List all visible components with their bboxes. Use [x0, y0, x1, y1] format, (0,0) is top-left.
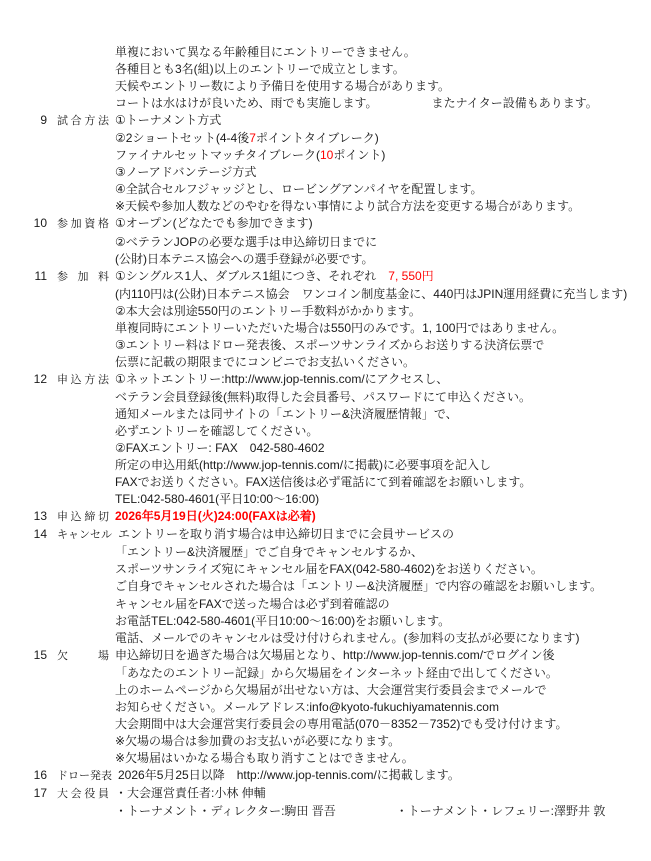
document-line: ご自身でキャンセルされた場合は「エントリー&決済履歴」で内容の確認をお願いします… — [0, 578, 651, 595]
document-line: 単複において異なる年齢種目にエントリーできません。 — [0, 44, 651, 61]
text-segment: キャンセル届をFAXで送った場合は必ず到着確認の — [115, 597, 390, 611]
item-label: 参加料 — [57, 269, 109, 286]
document-line: ④全試合セルフジャッジとし、ロービングアンパイヤを配置します。 — [0, 181, 651, 198]
line-text: ①オープン(どなたでも参加できます) — [115, 215, 313, 232]
document-line: ③ノーアドバンテージ方式 — [0, 164, 651, 181]
text-segment: ②本大会は別途550円のエントリー手数料がかかります。 — [115, 304, 421, 318]
line-text: 2026年5月25日以降 http://www.jop-tennis.com/に… — [118, 767, 460, 784]
line-text: 必ずエントリーを確認してください。 — [115, 423, 318, 440]
text-segment: ②2ショートセット(4-4後 — [115, 131, 249, 145]
document-line: ・トーナメント・ディレクター:駒田 晋吾 ・トーナメント・レフェリー:澤野井 敦 — [0, 803, 651, 820]
item-label: 参加資格 — [57, 216, 109, 233]
text-segment: ポイントタイブレーク) — [256, 131, 379, 145]
text-segment: ポイント) — [333, 148, 385, 162]
text-segment: 単複同時にエントリーいただいた場合は550円のみです。1, 100円ではありませ… — [115, 321, 564, 335]
line-text: 2026年5月19日(火)24:00(FAXは必着) — [115, 508, 316, 525]
line-text: ベテラン会員登録後(無料)取得した会員番号、パスワードにて申込ください。 — [115, 389, 531, 406]
document-line: (内110円は(公財)日本テニス協会 ワンコイン制度基金に、440円はJPIN運… — [0, 286, 651, 303]
line-text: ・トーナメント・ディレクター:駒田 晋吾 ・トーナメント・レフェリー:澤野井 敦 — [115, 803, 605, 820]
text-segment: ④全試合セルフジャッジとし、ロービングアンパイヤを配置します。 — [115, 182, 483, 196]
text-segment: 天候やエントリー数により予備日を使用する場合があります。 — [115, 79, 450, 93]
item-number: 12 — [25, 371, 47, 388]
text-segment: 大会期間中は大会運営実行委員会の専用電話(070－8352－7352)でも受け付… — [115, 717, 567, 731]
document-line: ②2ショートセット(4-4後7ポイントタイブレーク) — [0, 130, 651, 147]
line-text: ③ノーアドバンテージ方式 — [115, 164, 256, 181]
line-text: 伝票に記載の期限までにコンビニでお支払いください。 — [115, 354, 415, 371]
document-line: 15 欠場 申込締切日を過ぎた場合は欠場届となり、http://www.jop-… — [0, 647, 651, 665]
line-text: ※天候や参加人数などのやむを得ない事情により試合方法を変更する場合があります。 — [115, 198, 580, 215]
document-line: スポーツサンライズ宛にキャンセル届をFAX(042-580-4602)をお送りく… — [0, 561, 651, 578]
item-label: キャンセル — [57, 527, 112, 544]
item-label: 試合方法 — [57, 113, 109, 130]
text-segment: コートは水はけが良いため、雨でも実施します。 またナイター設備もあります。 — [115, 96, 598, 110]
text-segment: ・トーナメント・ディレクター:駒田 晋吾 ・トーナメント・レフェリー:澤野井 敦 — [115, 804, 605, 818]
text-segment: 「エントリー&決済履歴」でご自身でキャンセルするか、 — [115, 545, 423, 559]
document-line: 12 申込方法 ①ネットエントリー:http://www.jop-tennis.… — [0, 371, 651, 389]
highlighted-text: 2026年5月19日(火)24:00(FAXは必着) — [115, 509, 316, 523]
document-line: 通知メールまたは同サイトの「エントリー&決済履歴情報」で、 — [0, 406, 651, 423]
document-line: 電話、メールでのキャンセルは受け付けられません。(参加料の支払が必要になります) — [0, 630, 651, 647]
item-label: 申込方法 — [57, 372, 109, 389]
highlighted-text: 10 — [320, 148, 333, 162]
line-text: ②本大会は別途550円のエントリー手数料がかかります。 — [115, 303, 421, 320]
line-text: キャンセル届をFAXで送った場合は必ず到着確認の — [115, 596, 390, 613]
item-label: 申込締切 — [57, 509, 109, 526]
line-text: 電話、メールでのキャンセルは受け付けられません。(参加料の支払が必要になります) — [115, 630, 579, 647]
highlighted-text: 7 — [249, 131, 256, 145]
document-line: 大会期間中は大会運営実行委員会の専用電話(070－8352－7352)でも受け付… — [0, 716, 651, 733]
document-line: 「あなたのエントリー記録」から欠場届をインターネット経由で出してください。 — [0, 665, 651, 682]
text-segment: ③ノーアドバンテージ方式 — [115, 165, 256, 179]
line-text: お電話TEL:042-580-4601(平日10:00～16:00)をお願いしま… — [115, 613, 450, 630]
document-line: 11 参加料 ①シングルス1人、ダブルス1組につき、それぞれ 7, 550円 — [0, 268, 651, 286]
item-number: 17 — [25, 785, 47, 802]
text-segment: ・大会運営責任者:小林 伸輔 — [115, 786, 266, 800]
item-number: 10 — [25, 215, 47, 232]
line-text: FAXでお送りください。FAX送信後は必ず電話にて到着確認をお願いします。 — [115, 474, 531, 491]
document-line: ②FAXエントリー: FAX 042-580-4602 — [0, 440, 651, 457]
document-line: お電話TEL:042-580-4601(平日10:00～16:00)をお願いしま… — [0, 613, 651, 630]
text-segment: お電話TEL:042-580-4601(平日10:00～16:00)をお願いしま… — [115, 614, 450, 628]
line-text: ①ネットエントリー:http://www.jop-tennis.com/にアクセ… — [115, 371, 448, 388]
line-text: 単複において異なる年齢種目にエントリーできません。 — [115, 44, 416, 61]
text-segment: 通知メールまたは同サイトの「エントリー&決済履歴情報」で、 — [115, 407, 458, 421]
text-segment: ご自身でキャンセルされた場合は「エントリー&決済履歴」で内容の確認をお願いします… — [115, 579, 602, 593]
document-line: 天候やエントリー数により予備日を使用する場合があります。 — [0, 78, 651, 95]
item-number: 15 — [25, 647, 47, 664]
highlighted-text: 7, 550円 — [388, 269, 433, 283]
text-segment: ファイナルセットマッチタイブレーク( — [115, 148, 320, 162]
item-number: 9 — [25, 112, 47, 129]
text-segment: (公財)日本テニス協会への選手登録が必要です。 — [115, 252, 374, 266]
document-line: 上のホームページから欠場届が出せない方は、大会運営実行委員会までメールで — [0, 682, 651, 699]
document-line: 16 ドロー発表 2026年5月25日以降 http://www.jop-ten… — [0, 767, 651, 785]
document-line: 17 大会役員 ・大会運営責任者:小林 伸輔 — [0, 785, 651, 803]
line-text: 「あなたのエントリー記録」から欠場届をインターネット経由で出してください。 — [115, 665, 558, 682]
text-segment: エントリーを取り消す場合は申込締切日までに会員サービスの — [118, 527, 454, 541]
line-text: お知らせください。メールアドレス:info@kyoto-fukuchiyamat… — [115, 699, 499, 716]
text-segment: ①ネットエントリー:http://www.jop-tennis.com/にアクセ… — [115, 372, 448, 386]
line-text: ①シングルス1人、ダブルス1組につき、それぞれ 7, 550円 — [115, 268, 434, 285]
text-segment: ③エントリー料はドロー発表後、スポーツサンライズからお送りする決済伝票で — [115, 338, 544, 352]
line-text: ※欠場届はいかなる場合も取り消すことはできません。 — [115, 750, 414, 767]
line-text: ご自身でキャンセルされた場合は「エントリー&決済履歴」で内容の確認をお願いします… — [115, 578, 602, 595]
document-line: キャンセル届をFAXで送った場合は必ず到着確認の — [0, 596, 651, 613]
document-line: FAXでお送りください。FAX送信後は必ず電話にて到着確認をお願いします。 — [0, 474, 651, 491]
line-text: コートは水はけが良いため、雨でも実施します。 またナイター設備もあります。 — [115, 95, 598, 112]
document-line: ベテラン会員登録後(無料)取得した会員番号、パスワードにて申込ください。 — [0, 389, 651, 406]
text-segment: FAXでお送りください。FAX送信後は必ず電話にて到着確認をお願いします。 — [115, 475, 531, 489]
document-line: 伝票に記載の期限までにコンビニでお支払いください。 — [0, 354, 651, 371]
line-text: 上のホームページから欠場届が出せない方は、大会運営実行委員会までメールで — [115, 682, 547, 699]
line-text: 「エントリー&決済履歴」でご自身でキャンセルするか、 — [115, 544, 423, 561]
document-line: 所定の申込用紙(http://www.jop-tennis.com/に掲載)に必… — [0, 457, 651, 474]
line-text: TEL:042-580-4601(平日10:00～16:00) — [115, 491, 319, 508]
document-line: 単複同時にエントリーいただいた場合は550円のみです。1, 100円ではありませ… — [0, 320, 651, 337]
item-label: ドロー発表 — [57, 768, 112, 785]
document-line: 「エントリー&決済履歴」でご自身でキャンセルするか、 — [0, 544, 651, 561]
line-text: ②ベテランJOPの必要な選手は申込締切日までに — [115, 234, 377, 251]
document-line: 13 申込締切 2026年5月19日(火)24:00(FAXは必着) — [0, 508, 651, 526]
document-line: ③エントリー料はドロー発表後、スポーツサンライズからお送りする決済伝票で — [0, 337, 651, 354]
line-text: 天候やエントリー数により予備日を使用する場合があります。 — [115, 78, 450, 95]
document-line: 10 参加資格 ①オープン(どなたでも参加できます) — [0, 215, 651, 233]
item-number: 11 — [25, 268, 47, 285]
line-text: ①トーナメント方式 — [115, 112, 221, 129]
text-segment: 「あなたのエントリー記録」から欠場届をインターネット経由で出してください。 — [115, 666, 558, 680]
text-segment: ※欠場の場合は参加費のお支払いが必要になります。 — [115, 734, 400, 748]
document-body: 単複において異なる年齢種目にエントリーできません。 各種目とも3名(組)以上のエ… — [0, 44, 651, 820]
line-text: ・大会運営責任者:小林 伸輔 — [115, 785, 266, 802]
text-segment: TEL:042-580-4601(平日10:00～16:00) — [115, 492, 319, 506]
document-line: 必ずエントリーを確認してください。 — [0, 423, 651, 440]
document-line: ファイナルセットマッチタイブレーク(10ポイント) — [0, 147, 651, 164]
text-segment: 各種目とも3名(組)以上のエントリーで成立とします。 — [115, 62, 405, 76]
line-text: エントリーを取り消す場合は申込締切日までに会員サービスの — [118, 526, 454, 543]
line-text: 各種目とも3名(組)以上のエントリーで成立とします。 — [115, 61, 405, 78]
document-line: お知らせください。メールアドレス:info@kyoto-fukuchiyamat… — [0, 699, 651, 716]
line-text: ②2ショートセット(4-4後7ポイントタイブレーク) — [115, 130, 379, 147]
document-line: ②本大会は別途550円のエントリー手数料がかかります。 — [0, 303, 651, 320]
line-text: 大会期間中は大会運営実行委員会の専用電話(070－8352－7352)でも受け付… — [115, 716, 567, 733]
text-segment: 電話、メールでのキャンセルは受け付けられません。(参加料の支払が必要になります) — [115, 631, 579, 645]
item-label: 大会役員 — [57, 786, 109, 803]
text-segment: 単複において異なる年齢種目にエントリーできません。 — [115, 45, 416, 59]
line-text: (公財)日本テニス協会への選手登録が必要です。 — [115, 251, 374, 268]
document-line: ※天候や参加人数などのやむを得ない事情により試合方法を変更する場合があります。 — [0, 198, 651, 215]
text-segment: スポーツサンライズ宛にキャンセル届をFAX(042-580-4602)をお送りく… — [115, 562, 543, 576]
text-segment: 伝票に記載の期限までにコンビニでお支払いください。 — [115, 355, 415, 369]
line-text: スポーツサンライズ宛にキャンセル届をFAX(042-580-4602)をお送りく… — [115, 561, 543, 578]
text-segment: 2026年5月25日以降 http://www.jop-tennis.com/に… — [118, 768, 460, 782]
item-number: 14 — [25, 526, 47, 543]
document-line: 9 試合方法 ①トーナメント方式 — [0, 112, 651, 130]
document-line: 各種目とも3名(組)以上のエントリーで成立とします。 — [0, 61, 651, 78]
text-segment: ①シングルス1人、ダブルス1組につき、それぞれ — [115, 269, 388, 283]
text-segment: 申込締切日を過ぎた場合は欠場届となり、http://www.jop-tennis… — [115, 648, 554, 662]
line-text: 所定の申込用紙(http://www.jop-tennis.com/に掲載)に必… — [115, 457, 491, 474]
line-text: ②FAXエントリー: FAX 042-580-4602 — [115, 440, 325, 457]
document-line: (公財)日本テニス協会への選手登録が必要です。 — [0, 251, 651, 268]
document-line: 14 キャンセル エントリーを取り消す場合は申込締切日までに会員サービスの — [0, 526, 651, 544]
text-segment: (内110円は(公財)日本テニス協会 ワンコイン制度基金に、440円はJPIN運… — [115, 287, 627, 301]
line-text: (内110円は(公財)日本テニス協会 ワンコイン制度基金に、440円はJPIN運… — [115, 286, 627, 303]
text-segment: 所定の申込用紙(http://www.jop-tennis.com/に掲載)に必… — [115, 458, 491, 472]
text-segment: ①トーナメント方式 — [115, 113, 221, 127]
document-line: TEL:042-580-4601(平日10:00～16:00) — [0, 491, 651, 508]
text-segment: ベテラン会員登録後(無料)取得した会員番号、パスワードにて申込ください。 — [115, 390, 531, 404]
text-segment: ②FAXエントリー: FAX 042-580-4602 — [115, 441, 325, 455]
item-label: 欠場 — [57, 648, 109, 665]
line-text: 申込締切日を過ぎた場合は欠場届となり、http://www.jop-tennis… — [115, 647, 554, 664]
tournament-info-document: 単複において異なる年齢種目にエントリーできません。 各種目とも3名(組)以上のエ… — [0, 0, 651, 820]
text-segment: お知らせください。メールアドレス:info@kyoto-fukuchiyamat… — [115, 700, 499, 714]
document-line: コートは水はけが良いため、雨でも実施します。 またナイター設備もあります。 — [0, 95, 651, 112]
document-line: ※欠場届はいかなる場合も取り消すことはできません。 — [0, 750, 651, 767]
line-text: 単複同時にエントリーいただいた場合は550円のみです。1, 100円ではありませ… — [115, 320, 564, 337]
text-segment: ※欠場届はいかなる場合も取り消すことはできません。 — [115, 751, 414, 765]
text-segment: ①オープン(どなたでも参加できます) — [115, 216, 313, 230]
text-segment: ※天候や参加人数などのやむを得ない事情により試合方法を変更する場合があります。 — [115, 199, 580, 213]
document-line: ※欠場の場合は参加費のお支払いが必要になります。 — [0, 733, 651, 750]
text-segment: 必ずエントリーを確認してください。 — [115, 424, 318, 438]
text-segment: 上のホームページから欠場届が出せない方は、大会運営実行委員会までメールで — [115, 683, 547, 697]
line-text: ファイナルセットマッチタイブレーク(10ポイント) — [115, 147, 385, 164]
line-text: ③エントリー料はドロー発表後、スポーツサンライズからお送りする決済伝票で — [115, 337, 544, 354]
line-text: ※欠場の場合は参加費のお支払いが必要になります。 — [115, 733, 400, 750]
text-segment: ②ベテランJOPの必要な選手は申込締切日までに — [115, 235, 377, 249]
document-line: ②ベテランJOPの必要な選手は申込締切日までに — [0, 234, 651, 251]
line-text: ④全試合セルフジャッジとし、ロービングアンパイヤを配置します。 — [115, 181, 483, 198]
item-number: 13 — [25, 508, 47, 525]
item-number: 16 — [25, 767, 47, 784]
line-text: 通知メールまたは同サイトの「エントリー&決済履歴情報」で、 — [115, 406, 458, 423]
